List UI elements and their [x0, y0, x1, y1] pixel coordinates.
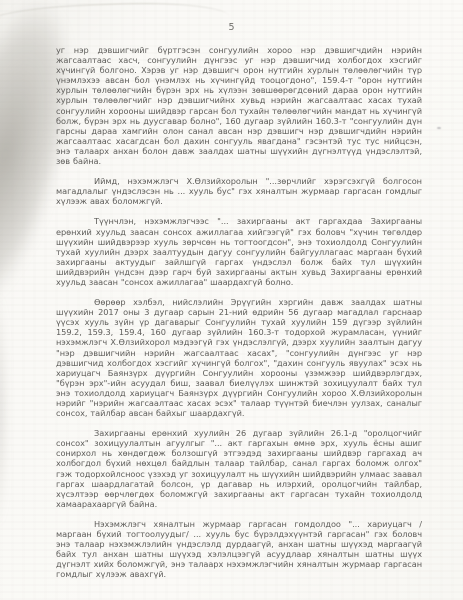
paragraph: Түүнчлэн, нэхэмжлэгчээс "... захиргааны … — [56, 216, 422, 287]
page-number: 5 — [0, 22, 463, 33]
paragraph: Өөрөөр хэлбэл, нийслэлийн Эрүүгийн хэрги… — [56, 297, 422, 418]
paragraph: Иймд, нэхэмжлэгч Х.Өлзийхоролын "...зөрч… — [56, 176, 422, 206]
document-body-text: уг нэр дэвшигчийг бүртгэсэн сонгуулийн х… — [56, 45, 422, 590]
scanned-document-page: 5 уг нэр дэвшигчийг бүртгэсэн сонгуулийн… — [0, 0, 463, 600]
scan-shadow-artifact-lower — [0, 260, 12, 560]
paragraph-continuation: уг нэр дэвшигчийг бүртгэсэн сонгуулийн х… — [56, 45, 422, 166]
paragraph: Захиргааны ерөнхий хуулийн 26 дугаар зүй… — [56, 428, 422, 509]
ink-speck-artifact — [437, 127, 441, 129]
paragraph: Нэхэмжлэгч хяналтын журмаар гаргасан гом… — [56, 519, 422, 580]
